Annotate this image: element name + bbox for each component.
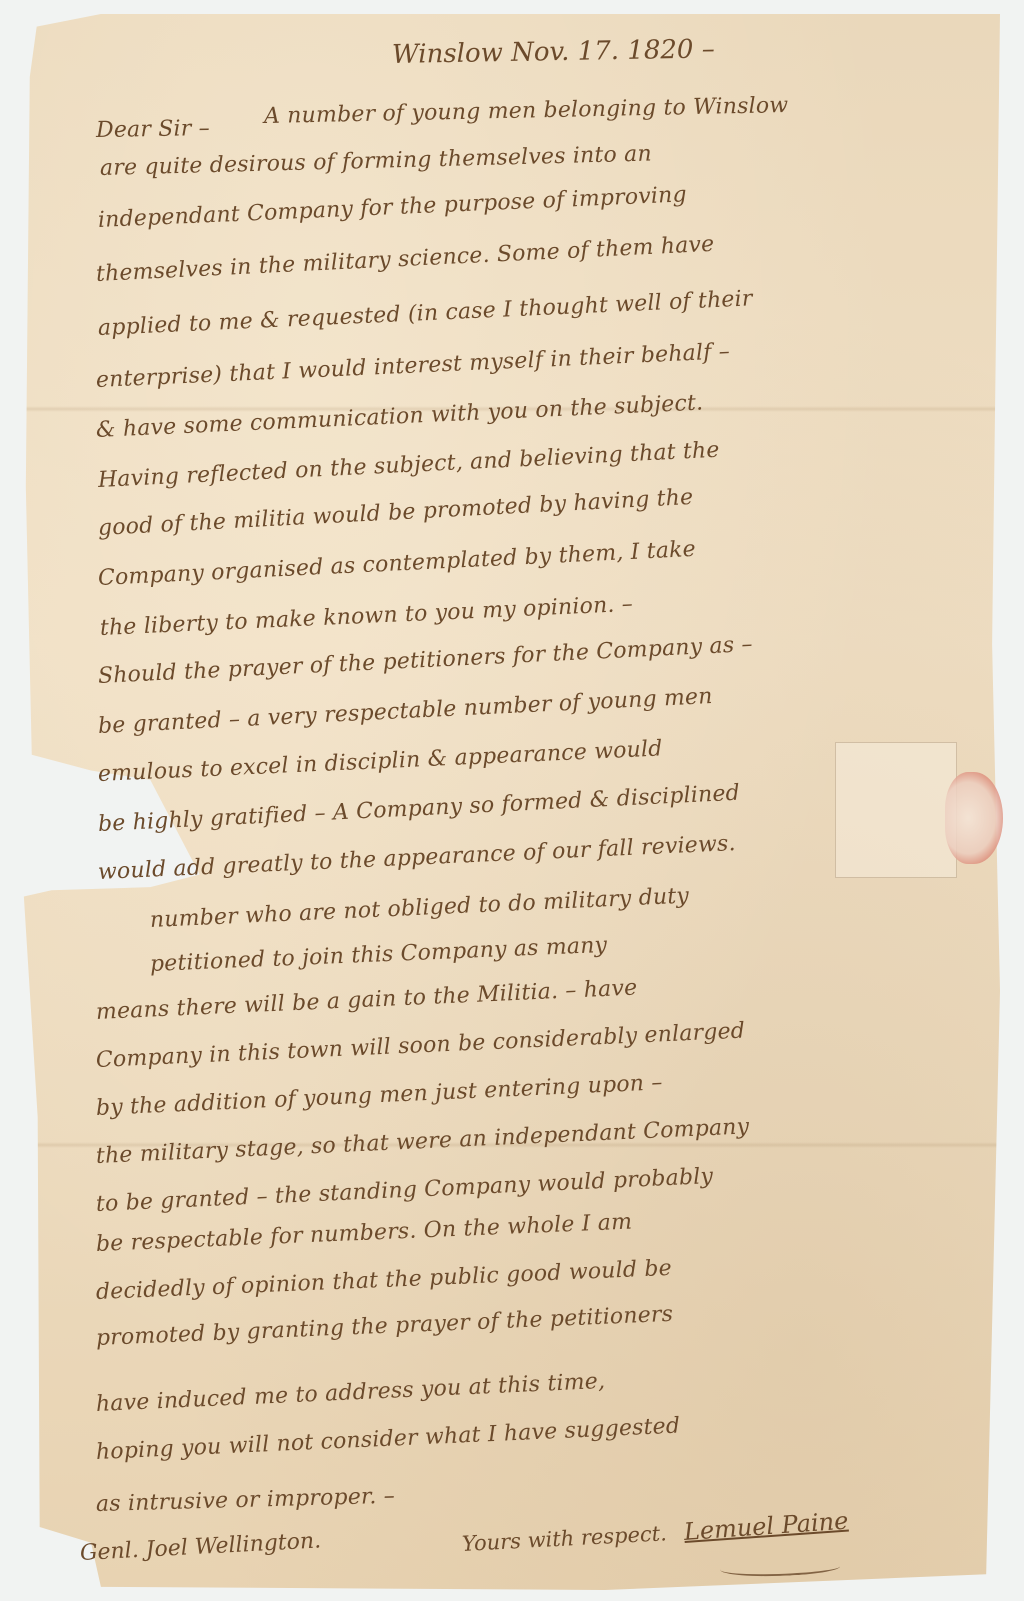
dateline: Winslow Nov. 17. 1820 – (392, 34, 715, 70)
wax-seal-stain (945, 772, 1003, 864)
paper-patch (835, 742, 957, 878)
salutation: Dear Sir – (96, 116, 210, 143)
